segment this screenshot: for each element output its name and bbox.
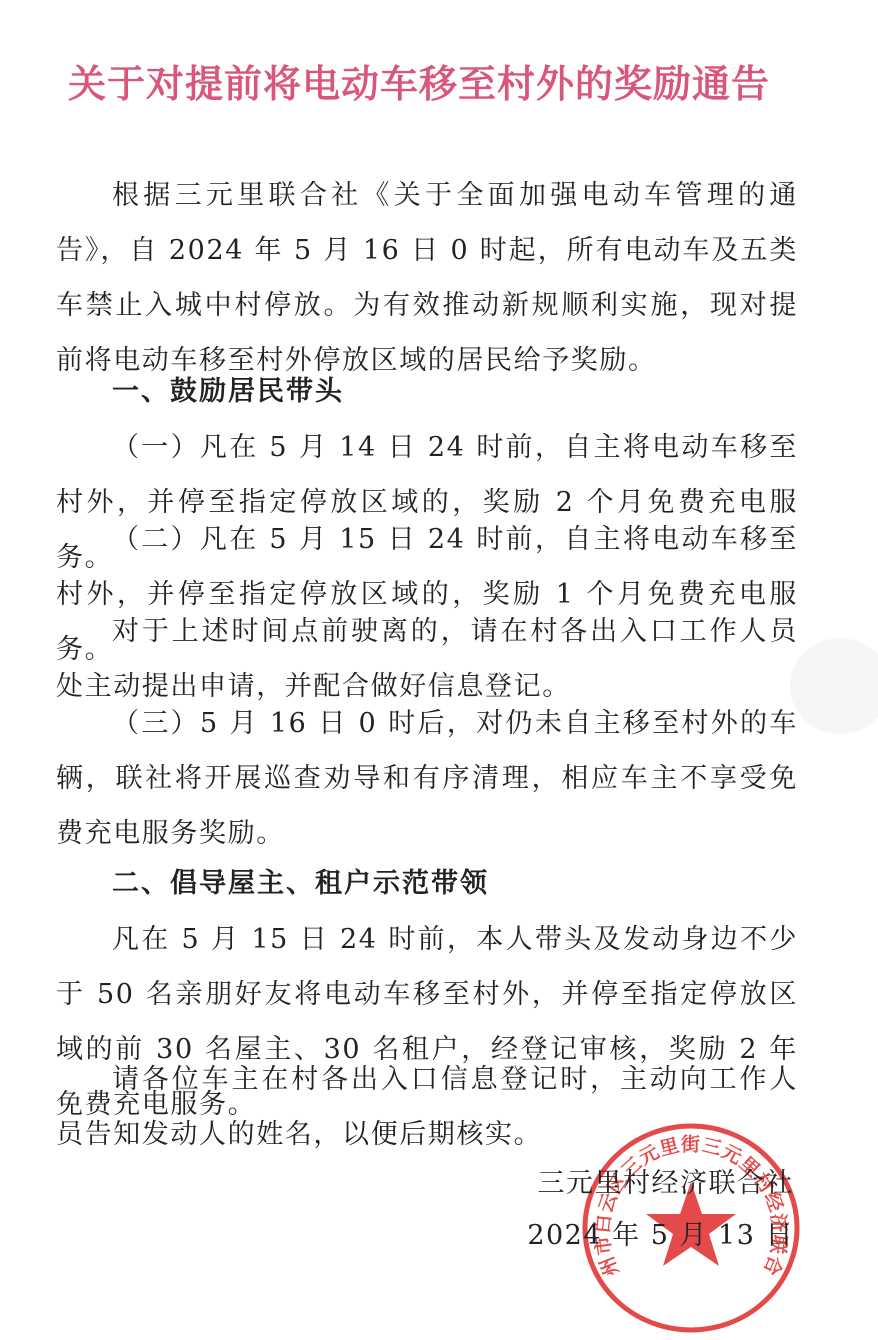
signature-date: 2024 年 5 月 13 日 (527, 1208, 794, 1263)
section-2-heading: 二、倡导屋主、租户示范带领 (112, 856, 489, 911)
intro-paragraph: 根据三元里联合社《关于全面加强电动车管理的通告》，自 2024 年 5 月 16… (56, 168, 798, 388)
document-title: 关于对提前将电动车移至村外的奖励通告 (68, 58, 828, 110)
section-1-heading: 一、鼓励居民带头 (112, 364, 344, 419)
signature-org: 三元里村经济联合社 (538, 1156, 795, 1211)
notice-document: 关于对提前将电动车移至村外的奖励通告 根据三元里联合社《关于全面加强电动车管理的… (0, 0, 878, 1340)
section-1-item-3: （三）5 月 16 日 0 时后，对仍未自主移至村外的车辆，联社将开展巡查劝导和… (56, 696, 798, 861)
floating-assist-button[interactable] (790, 638, 878, 734)
